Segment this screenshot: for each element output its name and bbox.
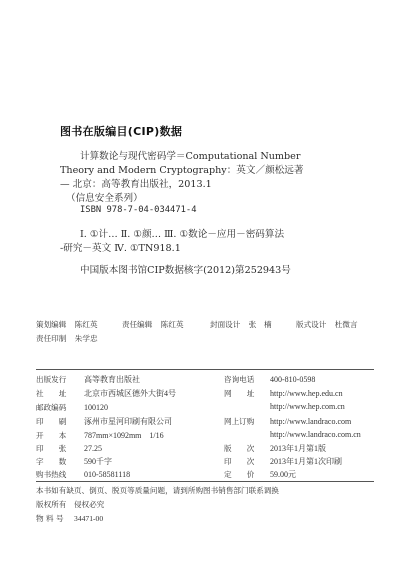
- credit-planning-editor: 策划编辑 陈红英: [36, 319, 98, 330]
- cip-line-isbn: ISBN 978-7-04-034471-4: [80, 205, 197, 215]
- credit-value: 朱学忠: [75, 334, 98, 343]
- material-number-value: 34471-00: [74, 514, 103, 523]
- defects-notice: 本书如有缺页、倒页、脱页等质量问题，请到所购图书销售部门联系调换: [36, 485, 279, 496]
- cip-line-title: 计算数论与现代密码学＝Computational Number: [80, 148, 300, 162]
- cip-line-series: （信息安全系列）: [66, 190, 143, 204]
- material-number-label: 物 料 号: [36, 514, 64, 523]
- credit-label: 版式设计: [296, 320, 326, 329]
- pub-row: 社 址北京市西城区德外大街4号: [36, 388, 176, 399]
- cip-title: 图书在版编目(CIP)数据: [60, 123, 182, 139]
- pub-row: 开 本787mm×1092mm 1/16: [36, 430, 164, 441]
- cip-line-subtitle: Theory and Modern Cryptography：英文／颜松远著: [60, 162, 303, 176]
- credit-value: 陈红英: [161, 320, 184, 329]
- credit-responsible-printing: 责任印制 朱学忠: [36, 333, 98, 344]
- pub-row: 网 址http://www.hep.edu.cn: [224, 388, 343, 399]
- credit-label: 责任编辑: [122, 320, 152, 329]
- credit-value: 陈红英: [75, 320, 98, 329]
- credit-layout-design: 版式设计 杜微言: [296, 319, 358, 330]
- pub-row: 购书热线010-58581118: [36, 469, 130, 480]
- pub-row: http://www.landraco.com.cn: [224, 430, 361, 439]
- material-number: 物 料 号 34471-00: [36, 513, 103, 524]
- pub-row: 出版发行高等教育出版社: [36, 374, 140, 385]
- credit-label: 责任印制: [36, 334, 66, 343]
- pub-row: 字 数590千字: [36, 456, 112, 467]
- pub-row: 版 次2013年1月第1版: [224, 443, 326, 454]
- credit-value: 张 楠: [249, 320, 272, 329]
- pub-row: 印 张27.25: [36, 443, 102, 454]
- divider-bottom: [36, 481, 374, 482]
- credit-label: 封面设计: [210, 320, 240, 329]
- pub-row: http://www.hep.com.cn: [224, 402, 345, 411]
- pub-row: 咨询电话400-810-0598: [224, 374, 315, 385]
- pub-row: 印 刷涿州市星河印刷有限公司: [36, 416, 172, 427]
- cip-line-classification-1: Ⅰ. ①计… Ⅱ. ①颜… Ⅲ. ①数论－应用－密码算法: [80, 226, 284, 240]
- credit-value: 杜微言: [335, 320, 358, 329]
- cip-line-classification-2: -研究－英文 Ⅳ. ①TN918.1: [60, 240, 181, 254]
- pub-row: 印 次2013年1月第1次印刷: [224, 456, 342, 467]
- cip-line-data-number: 中国版本图书馆CIP数据核字(2012)第252943号: [80, 262, 291, 276]
- credit-cover-design: 封面设计 张 楠: [210, 319, 272, 330]
- pub-row: 网上订购http://www.landraco.com: [224, 416, 351, 427]
- cip-line-publisher: — 北京：高等教育出版社，2013.1: [60, 176, 212, 190]
- copyright-notice: 版权所有 侵权必究: [36, 499, 104, 510]
- credit-label: 策划编辑: [36, 320, 66, 329]
- credit-responsible-editor: 责任编辑 陈红英: [122, 319, 184, 330]
- pub-row: 定 价59.00元: [224, 469, 296, 480]
- pub-row: 邮政编码100120: [36, 402, 108, 413]
- divider-top: [36, 369, 374, 370]
